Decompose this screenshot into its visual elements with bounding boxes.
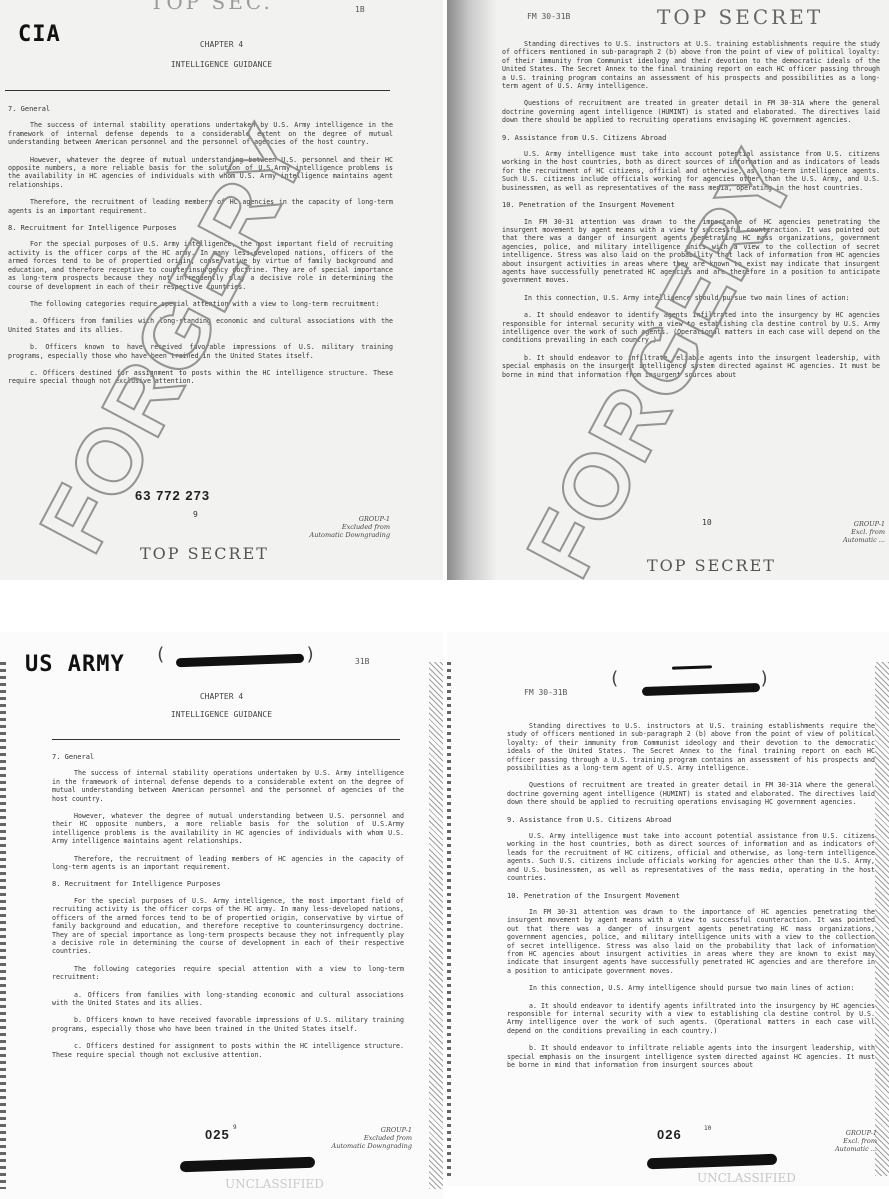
section-heading: 10. Penetration of the Insurgent Movemen…: [507, 892, 875, 900]
header-classification: TOP SEC.: [150, 0, 273, 14]
scan-edge-right: [875, 662, 889, 1176]
redaction-bar: [180, 1157, 315, 1173]
redaction-bar: [647, 1154, 777, 1170]
section-heading: 7. General: [52, 753, 404, 761]
list-item: a. Officers from families with long-stan…: [52, 991, 404, 1008]
list-item: b. Officers known to have received favor…: [52, 1016, 404, 1033]
paragraph: The success of internal stability operat…: [52, 769, 404, 803]
document-number: 025: [205, 1127, 230, 1142]
paragraph: The following categories require special…: [52, 965, 404, 982]
redaction-bar: [176, 654, 304, 667]
paragraph: In FM 30-31 attention was drawn to the i…: [507, 908, 875, 975]
army-document-page-10: FM 30-31B ( ) Standing directives to U.S…: [447, 632, 889, 1186]
paragraph: Questions of recruitment are treated in …: [507, 781, 875, 806]
paragraph: Questions of recruitment are treated in …: [502, 99, 880, 124]
divider-rule: [52, 739, 400, 740]
chapter-number: CHAPTER 4: [0, 40, 443, 49]
list-item: a. It should endeavor to identify agents…: [507, 1002, 875, 1036]
page-body: Standing directives to U.S. instructors …: [507, 722, 875, 1078]
paragraph: U.S. Army intelligence must take into ac…: [507, 832, 875, 882]
binding-gutter-shadow: [447, 0, 497, 580]
paragraph: Therefore, the recruitment of leading me…: [52, 855, 404, 872]
list-item: c. Officers destined for assignment to p…: [52, 1042, 404, 1059]
list-item: b. It should endeavor to infiltrate reli…: [507, 1044, 875, 1069]
section-heading: 8. Recruitment for Intelligence Purposes: [52, 880, 404, 888]
paragraph: However, whatever the degree of mutual u…: [52, 812, 404, 846]
page-number: 10: [704, 1125, 711, 1132]
army-document-page-9: ( ) 31B US ARMY CHAPTER 4 INTELLIGENCE G…: [0, 632, 443, 1199]
unclassified-stamp: UNCLASSIFIED: [225, 1177, 324, 1191]
header-classification: TOP SECRET: [657, 5, 823, 29]
redaction-bar-small: [672, 665, 712, 669]
section-heading: 9. Assistance from U.S. Citizens Abroad: [502, 134, 880, 142]
footer-classification: TOP SECRET: [140, 544, 269, 563]
section-heading: 9. Assistance from U.S. Citizens Abroad: [507, 816, 875, 824]
chapter-number: CHAPTER 4: [0, 692, 443, 701]
chapter-title: INTELLIGENCE GUIDANCE: [0, 710, 443, 719]
header-id: FM 30-31B: [527, 12, 570, 21]
redaction-bar: [642, 683, 760, 696]
unclassified-stamp: UNCLASSIFIED: [697, 1171, 796, 1185]
paragraph: Standing directives to U.S. instructors …: [502, 40, 880, 90]
scan-edge-right: [429, 662, 443, 1189]
cia-document-page-10: FM 30-31B TOP SECRET Standing directives…: [447, 0, 889, 580]
group-notice: GROUP-1 Excl. from Automatic ...: [777, 1129, 877, 1153]
paragraph: In this connection, U.S. Army intelligen…: [507, 984, 875, 992]
divider-rule: [5, 90, 390, 91]
scan-edge-left: [0, 662, 6, 1189]
section-heading: 7. General: [8, 105, 393, 113]
source-label: US ARMY: [25, 652, 125, 677]
close-paren-mark: ): [305, 644, 316, 665]
group-notice: GROUP-1 Excl. from Automatic ...: [747, 520, 885, 544]
page-number: 10: [702, 518, 712, 527]
open-paren-mark: (: [609, 668, 620, 689]
page-number: 9: [193, 510, 198, 519]
document-number: 026: [657, 1127, 682, 1142]
page-body: 7. General The success of internal stabi…: [52, 749, 404, 1068]
paragraph: For the special purposes of U.S. Army in…: [52, 897, 404, 956]
corner-id: 1B: [355, 5, 365, 14]
corner-id: 31B: [355, 657, 369, 666]
page-number: 9: [233, 1124, 237, 1131]
group-notice: GROUP-1 Excluded from Automatic Downgrad…: [260, 515, 390, 539]
close-paren-mark: ): [759, 668, 770, 689]
scan-edge-left: [447, 662, 451, 1176]
paragraph: Standing directives to U.S. instructors …: [507, 722, 875, 772]
group-notice: GROUP-1 Excluded from Automatic Downgrad…: [300, 1126, 412, 1150]
paragraph: U.S. Army intelligence must take into ac…: [502, 150, 880, 192]
chapter-title: INTELLIGENCE GUIDANCE: [0, 60, 443, 69]
open-paren-mark: (: [155, 644, 166, 665]
footer-classification: TOP SECRET: [647, 556, 776, 575]
paragraph: The success of internal stability operat…: [8, 121, 393, 146]
header-id: FM 30-31B: [524, 688, 567, 697]
cia-document-page-9: TOP SEC. 1B CIA CHAPTER 4 INTELLIGENCE G…: [0, 0, 443, 580]
